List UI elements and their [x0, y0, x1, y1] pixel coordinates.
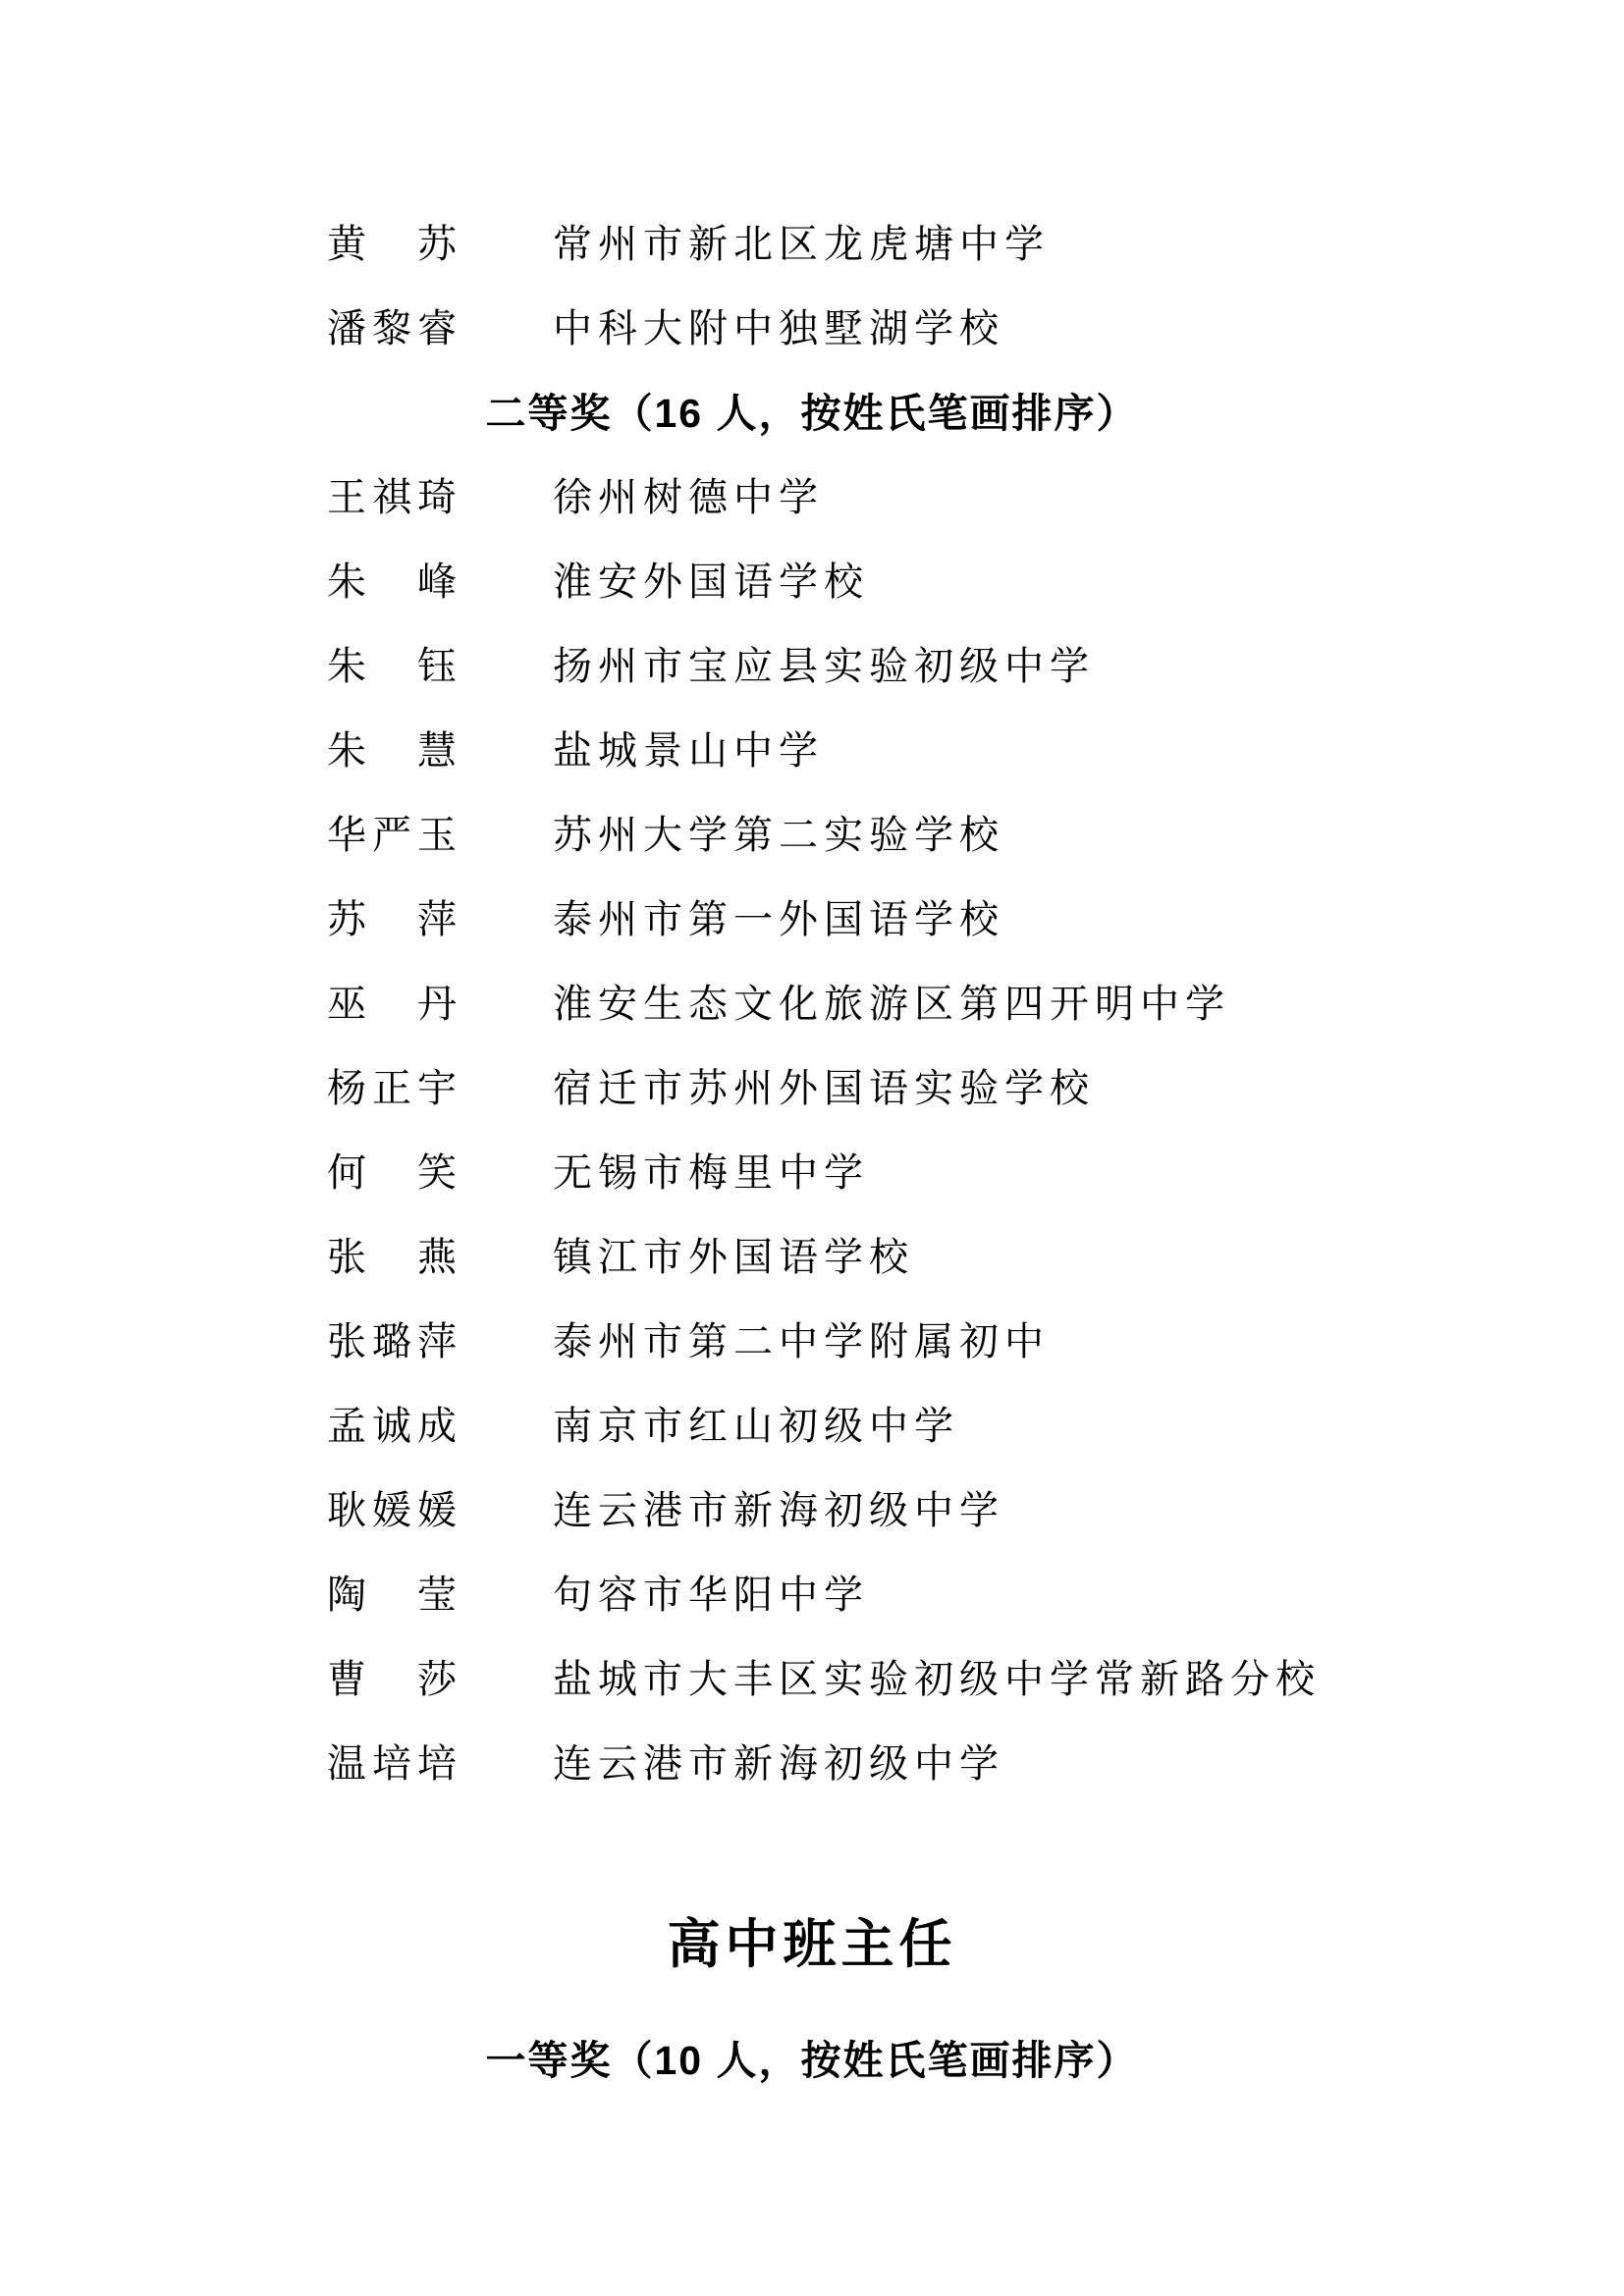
awardee-school: 宿迁市苏州外国语实验学校 [553, 1057, 1095, 1113]
awardee-name: 朱 慧 [327, 720, 553, 775]
award-entry-row: 黄 苏 常州市新北区龙虎塘中学 [0, 198, 1624, 283]
award-entry-row: 苏 萍 泰州市第一外国语学校 [0, 874, 1624, 958]
awardee-school: 扬州市宝应县实验初级中学 [553, 635, 1095, 691]
awardee-name: 杨正宇 [327, 1057, 553, 1113]
awardee-name: 黄 苏 [327, 213, 553, 269]
awardee-name: 朱 钰 [327, 635, 553, 691]
award-entry-row: 朱 钰 扬州市宝应县实验初级中学 [0, 620, 1624, 705]
awardee-school: 泰州市第二中学附属初中 [553, 1310, 1050, 1366]
award-entry-row: 杨正宇 宿迁市苏州外国语实验学校 [0, 1042, 1624, 1127]
document-page: 黄 苏 常州市新北区龙虎塘中学 潘黎睿 中科大附中独墅湖学校 二等奖（16 人，… [0, 0, 1624, 2296]
award-entry-row: 曹 莎 盐城市大丰区实验初级中学常新路分校 [0, 1633, 1624, 1718]
awardee-school: 无锡市梅里中学 [553, 1142, 869, 1198]
award-entry-row: 陶 莹 句容市华阳中学 [0, 1549, 1624, 1633]
second-prize-heading: 二等奖（16 人，按姓氏笔画排序） [0, 367, 1624, 452]
awardee-name: 华严玉 [327, 804, 553, 860]
award-entry-row: 耿媛媛 连云港市新海初级中学 [0, 1465, 1624, 1549]
awardee-school: 淮安生态文化旅游区第四开明中学 [553, 973, 1230, 1029]
award-entry-row: 何 笑 无锡市梅里中学 [0, 1127, 1624, 1211]
awardee-name: 孟诚成 [327, 1395, 553, 1451]
award-entry-row: 朱 慧 盐城景山中学 [0, 705, 1624, 789]
section-title-high-school-head-teacher: 高中班主任 [0, 1871, 1624, 2008]
award-entry-row: 张 燕 镇江市外国语学校 [0, 1211, 1624, 1296]
awardee-school: 徐州树德中学 [553, 466, 824, 522]
award-entry-row: 温培培 连云港市新海初级中学 [0, 1718, 1624, 1802]
awardee-name: 何 笑 [327, 1142, 553, 1198]
awardee-name: 张 燕 [327, 1226, 553, 1282]
first-prize-heading: 一等奖（10 人，按姓氏笔画排序） [0, 2014, 1624, 2099]
award-list-content: 黄 苏 常州市新北区龙虎塘中学 潘黎睿 中科大附中独墅湖学校 二等奖（16 人，… [0, 0, 1624, 2099]
awardee-school: 连云港市新海初级中学 [553, 1733, 1004, 1789]
awardee-school: 中科大附中独墅湖学校 [553, 297, 1004, 353]
award-entry-row: 朱 峰 淮安外国语学校 [0, 536, 1624, 620]
awardee-school: 苏州大学第二实验学校 [553, 804, 1004, 860]
awardee-school: 盐城市大丰区实验初级中学常新路分校 [553, 1648, 1321, 1704]
awardee-name: 王祺琦 [327, 466, 553, 522]
awardee-name: 温培培 [327, 1733, 553, 1789]
awardee-school: 常州市新北区龙虎塘中学 [553, 213, 1050, 269]
awardee-school: 淮安外国语学校 [553, 551, 869, 607]
awardee-name: 朱 峰 [327, 551, 553, 607]
awardee-school: 镇江市外国语学校 [553, 1226, 914, 1282]
awardee-name: 潘黎睿 [327, 297, 553, 353]
award-entry-row: 华严玉 苏州大学第二实验学校 [0, 789, 1624, 874]
award-entry-row: 巫 丹 淮安生态文化旅游区第四开明中学 [0, 958, 1624, 1042]
awardee-school: 泰州市第一外国语学校 [553, 888, 1004, 944]
awardee-school: 南京市红山初级中学 [553, 1395, 959, 1451]
awardee-name: 巫 丹 [327, 973, 553, 1029]
award-entry-row: 潘黎睿 中科大附中独墅湖学校 [0, 283, 1624, 367]
awardee-name: 耿媛媛 [327, 1479, 553, 1535]
awardee-name: 张璐萍 [327, 1310, 553, 1366]
awardee-name: 曹 莎 [327, 1648, 553, 1704]
awardee-name: 陶 莹 [327, 1564, 553, 1620]
awardee-school: 连云港市新海初级中学 [553, 1479, 1004, 1535]
award-entry-row: 张璐萍 泰州市第二中学附属初中 [0, 1296, 1624, 1380]
awardee-school: 盐城景山中学 [553, 720, 824, 775]
award-entry-row: 孟诚成 南京市红山初级中学 [0, 1380, 1624, 1465]
award-entry-row: 王祺琦 徐州树德中学 [0, 452, 1624, 536]
awardee-name: 苏 萍 [327, 888, 553, 944]
awardee-school: 句容市华阳中学 [553, 1564, 869, 1620]
